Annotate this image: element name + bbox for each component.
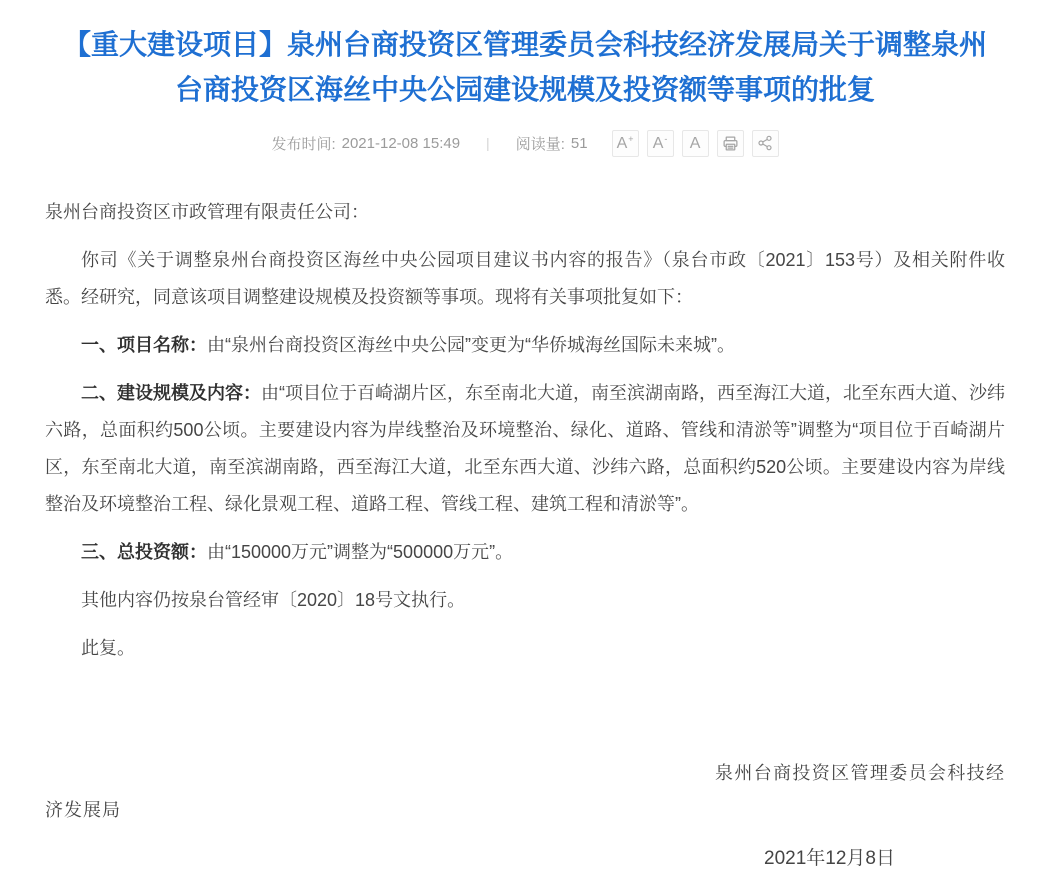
page-title: 【重大建设项目】泉州台商投资区管理委员会科技经济发展局关于调整泉州台商投资区海丝… (55, 22, 995, 112)
publish-time-value: 2021-12-08 15:49 (342, 135, 460, 152)
signature-date: 2021年12月8日 (45, 843, 1005, 870)
print-button[interactable] (717, 130, 744, 157)
paragraph-item-3-text: 由“150000万元”调整为“500000万元”。 (207, 542, 513, 562)
paragraph-item-2-label: 二、建设规模及内容： (81, 383, 261, 403)
publish-time-label: 发布时间: (271, 133, 335, 154)
font-increase-label: A (617, 131, 628, 156)
toolbar-buttons: A+ A- A (604, 130, 779, 157)
views-count: 51 (571, 135, 588, 152)
meta-separator: | (486, 135, 490, 151)
font-decrease-sup: - (664, 135, 667, 144)
font-increase-sup: + (628, 135, 633, 144)
font-decrease-label: A (653, 131, 664, 156)
font-decrease-button[interactable]: A- (647, 130, 674, 157)
font-reset-button[interactable]: A (682, 130, 709, 157)
meta-row: 发布时间: 2021-12-08 15:49 | 阅读量: 51 A+ A- A (0, 128, 1050, 158)
print-icon (722, 135, 739, 152)
paragraph-intro-text: 你司《关于调整泉州台商投资区海丝中央公园项目建议书内容的报告》（泉台市政〔202… (45, 250, 1005, 307)
signature-agency: 泉州台商投资区管理委员会科技经济发展局 (45, 755, 1005, 829)
paragraph-item-3: 三、总投资额：由“150000万元”调整为“500000万元”。 (45, 534, 1005, 571)
views-label: 阅读量: (516, 133, 565, 154)
font-reset-label: A (690, 131, 701, 156)
font-increase-button[interactable]: A+ (612, 130, 639, 157)
salutation: 泉州台商投资区市政管理有限责任公司： (45, 194, 1005, 231)
share-icon (757, 135, 773, 151)
document-page: 【重大建设项目】泉州台商投资区管理委员会科技经济发展局关于调整泉州台商投资区海丝… (0, 0, 1050, 894)
paragraph-item-1: 一、项目名称：由“泉州台商投资区海丝中央公园”变更为“华侨城海丝国际未来城”。 (45, 327, 1005, 364)
paragraph-intro: 你司《关于调整泉州台商投资区海丝中央公园项目建议书内容的报告》（泉台市政〔202… (45, 242, 1005, 316)
document-body: 泉州台商投资区市政管理有限责任公司： 你司《关于调整泉州台商投资区海丝中央公园项… (45, 194, 1005, 667)
paragraph-item-1-label: 一、项目名称： (81, 335, 207, 355)
paragraph-item-2: 二、建设规模及内容：由“项目位于百崎湖片区，东至南北大道，南至滨湖南路，西至海江… (45, 375, 1005, 523)
share-button[interactable] (752, 130, 779, 157)
paragraph-closing-text: 此复。 (81, 638, 135, 658)
paragraph-closing: 此复。 (45, 630, 1005, 667)
paragraph-other-text: 其他内容仍按泉台管经审〔2020〕18号文执行。 (81, 590, 465, 610)
paragraph-item-1-text: 由“泉州台商投资区海丝中央公园”变更为“华侨城海丝国际未来城”。 (207, 335, 735, 355)
paragraph-item-3-label: 三、总投资额： (81, 542, 207, 562)
paragraph-other: 其他内容仍按泉台管经审〔2020〕18号文执行。 (45, 582, 1005, 619)
